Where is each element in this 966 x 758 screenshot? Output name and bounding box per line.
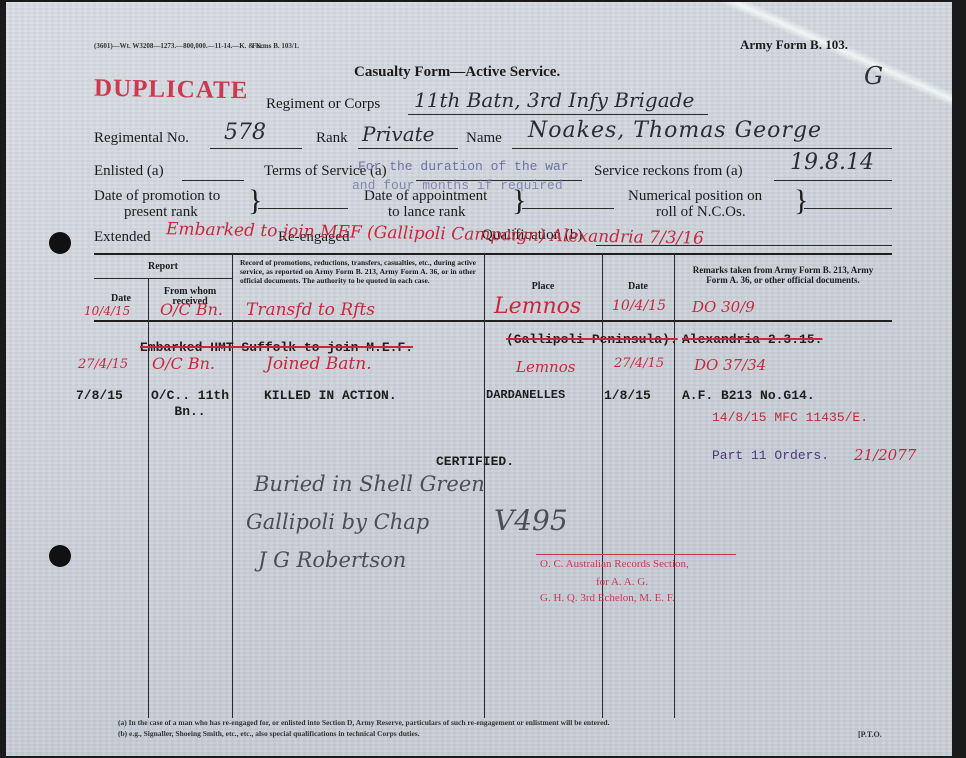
regimental-no-value: 578 [224,120,266,145]
service-reckons-label: Service reckons from (a) [594,163,743,180]
form-title: Casualty Form—Active Service. [354,64,560,81]
paper-fold-crease [700,2,952,125]
row2-record: KILLED IN ACTION. [264,388,397,403]
row1-date: 27/4/15 [78,357,128,372]
numerical-position-label-2: roll of N.C.Os. [656,204,746,221]
punch-hole-bottom [49,545,71,567]
regiment-label: Regiment or Corps [266,96,380,113]
header-remarks: Remarks taken from Army Form B. 213, Arm… [686,265,880,285]
row2-place: DARDANELLES [486,388,565,402]
forms-reference: Forms B. 103/1. [252,42,299,50]
grave-reference: V495 [494,504,568,537]
hw-date-2: 10/4/15 [612,298,666,314]
row1-from-whom: O/C Bn. [152,354,215,373]
name-label: Name [466,130,502,147]
casualty-form-document: (3601)—Wt. W3208—1273.—800,000.—11-14.—K… [6,2,952,756]
row-struck-record: Embarked HMT Suffolk to join M.E.F. [140,340,413,355]
form-id: Army Form B. 103. [740,37,848,53]
burial-line-3: J G Robertson [258,548,406,572]
part-ii-orders-ref: 21/2077 [854,446,916,464]
corner-mark: G [864,62,883,90]
rank-label: Rank [316,130,348,147]
row-struck-remarks: Alexandria 2.3.15. [682,332,822,347]
regiment-value: 11th Batn, 3rd Infy Brigade [414,88,694,112]
row2-date-2: 1/8/15 [604,388,651,403]
header-date-2: Date [602,282,674,292]
stamp-line-2: for A. A. G. [596,576,648,588]
burial-line-2: Gallipoli by Chap [246,510,429,534]
rank-value: Private [362,122,435,146]
burial-line-1: Buried in Shell Green [254,472,485,496]
header-report: Report [94,262,232,272]
stamp-line-1: O. C. Australian Records Section, [540,558,689,570]
extended-label: Extended [94,229,151,246]
enlisted-label: Enlisted (a) [94,163,164,180]
header-record: Record of promotions, reductions, transf… [240,258,476,285]
header-place: Place [484,282,602,292]
extended-handwritten-note: Embarked to join MEF (Gallipoli Campaign… [166,219,704,248]
promotion-label-2: present rank [124,204,198,221]
row1-date-2: 27/4/15 [614,356,664,371]
row1-record: Joined Batn. [266,354,372,374]
hw-remarks: DO 30/9 [692,298,755,316]
row2-remarks: A.F. B213 No.G14. [682,388,815,403]
punch-hole-top [49,232,71,254]
hw-record: Transfd to Rfts [246,300,375,320]
remarks-mfc-reference: 14/8/15 MFC 11435/E. [712,410,868,425]
row-struck-place: (Gallipoli Peninsula). [506,332,678,347]
row1-remarks: DO 37/34 [694,356,766,374]
certified-label: CERTIFIED. [436,454,514,469]
hw-place: Lemnos [494,294,581,319]
hw-date: 10/4/15 [84,304,130,318]
header-date: Date [94,294,148,304]
row2-from-whom: O/C.. 11th Bn.. [150,388,230,420]
stamp-line-3: G. H. Q. 3rd Echelon, M. E. F. [540,592,675,604]
promotion-label-1: Date of promotion to [94,188,220,205]
name-value: Noakes, Thomas George [528,118,822,143]
part-ii-orders-label: Part 11 Orders. [712,448,829,463]
row2-date: 7/8/15 [76,388,123,403]
row1-place: Lemnos [516,358,575,376]
print-code: (3601)—Wt. W3208—1273.—800,000.—11-14.—K… [94,42,263,50]
regimental-no-label: Regimental No. [94,130,189,147]
appointment-label-1: Date of appointment [364,188,487,205]
hw-from-whom: O/C Bn. [160,300,223,319]
footnote-b: (b) e.g., Signaller, Shoeing Smith, etc.… [118,729,420,738]
appointment-label-2: to lance rank [388,204,465,221]
pto-marker: [P.T.O. [858,730,882,739]
duplicate-stamp: DUPLICATE [94,75,249,106]
terms-of-service-line1: For the duration of the war [358,159,569,174]
service-reckons-value: 19.8.14 [790,150,874,175]
numerical-position-label-1: Numerical position on [628,188,762,205]
footnote-a: (a) In the case of a man who has re-enga… [118,718,609,727]
